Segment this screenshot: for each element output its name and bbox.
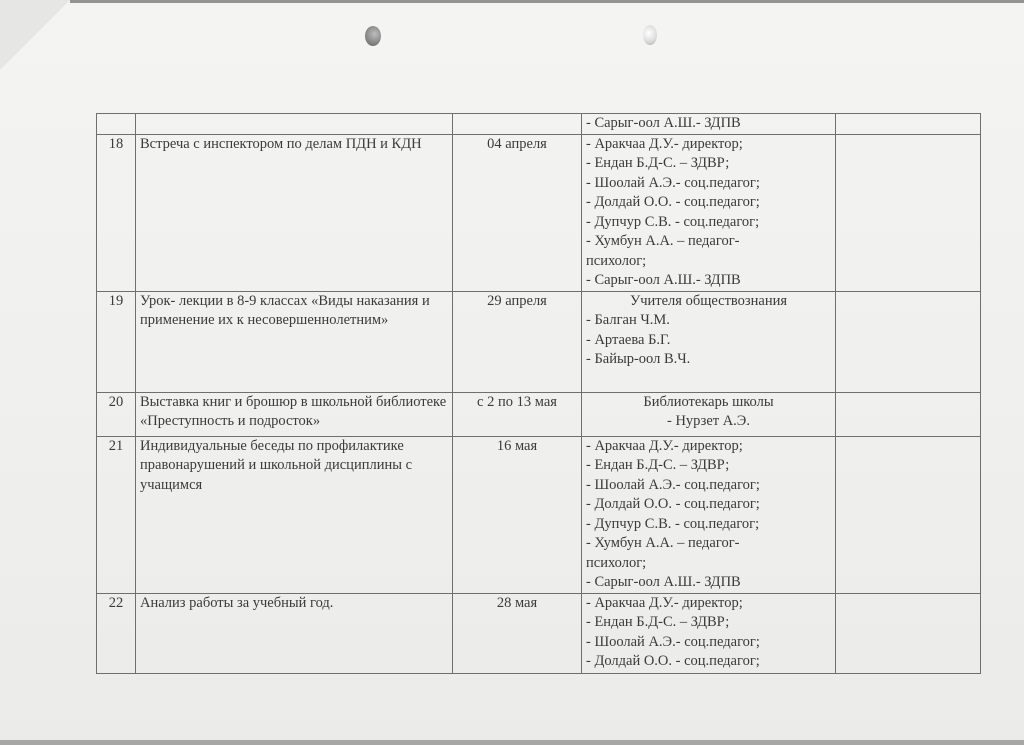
event-cell: Встреча с инспектором по делам ПДН и КДН	[136, 134, 453, 291]
responsible-person: - Нурзет А.Э.	[586, 412, 831, 432]
date-cell	[453, 114, 582, 135]
event-cell: Индивидуальные беседы по профилактике пр…	[136, 436, 453, 593]
punch-hole-right	[643, 25, 657, 45]
responsible-person: - Шоолай А.Э.- соц.педагог;	[586, 633, 831, 653]
responsible-cell: Учителя обществознания- Балган Ч.М.- Арт…	[582, 291, 836, 392]
table-row: 19 Урок- лекции в 8-9 классах «Виды нака…	[97, 291, 981, 392]
responsible-person: - Шоолай А.Э.- соц.педагог;	[586, 174, 831, 194]
table-row: 20 Выставка книг и брошюр в школьной биб…	[97, 392, 981, 436]
note-cell	[836, 436, 981, 593]
responsible-person: - Дупчур С.В. - соц.педагог;	[586, 515, 831, 535]
responsible-cell: Библиотекарь школы- Нурзет А.Э.	[582, 392, 836, 436]
responsible-person: - Сарыг-оол А.Ш.- ЗДПВ	[586, 271, 831, 291]
responsible-cell: - Сарыг-оол А.Ш.- ЗДПВ	[582, 114, 836, 135]
responsible-person: - Долдай О.О. - соц.педагог;	[586, 652, 831, 672]
date-cell: 29 апреля	[453, 291, 582, 392]
scan-edge-top	[70, 0, 1024, 3]
responsible-person: - Артаева Б.Г.	[586, 331, 831, 351]
note-cell	[836, 291, 981, 392]
punch-hole-left	[365, 26, 381, 46]
responsible-person: - Хумбун А.А. – педагог-	[586, 534, 831, 554]
date-cell: 28 мая	[453, 593, 582, 673]
table-row: 22 Анализ работы за учебный год. 28 мая …	[97, 593, 981, 673]
event-cell: Анализ работы за учебный год.	[136, 593, 453, 673]
date-cell: с 2 по 13 мая	[453, 392, 582, 436]
event-cell	[136, 114, 453, 135]
event-cell: Урок- лекции в 8-9 классах «Виды наказан…	[136, 291, 453, 392]
responsible-person: - Долдай О.О. - соц.педагог;	[586, 193, 831, 213]
responsible-person: - Сарыг-оол А.Ш.- ЗДПВ	[586, 114, 831, 134]
note-cell	[836, 134, 981, 291]
note-cell	[836, 114, 981, 135]
scan-edge-bottom	[0, 740, 1024, 745]
responsible-person: - Дупчур С.В. - соц.педагог;	[586, 213, 831, 233]
responsible-person: психолог;	[586, 252, 831, 272]
responsible-person: - Сарыг-оол А.Ш.- ЗДПВ	[586, 573, 831, 593]
note-cell	[836, 392, 981, 436]
row-number: 22	[97, 593, 136, 673]
responsible-person: - Аракчаа Д.У.- директор;	[586, 135, 831, 155]
row-number: 18	[97, 134, 136, 291]
table-row: 21 Индивидуальные беседы по профилактике…	[97, 436, 981, 593]
date-cell: 16 мая	[453, 436, 582, 593]
responsible-person: - Аракчаа Д.У.- директор;	[586, 437, 831, 457]
responsible-header: Библиотекарь школы	[586, 393, 831, 413]
plan-table: - Сарыг-оол А.Ш.- ЗДПВ 18 Встреча с инсп…	[96, 113, 981, 674]
responsible-person: - Хумбун А.А. – педагог-	[586, 232, 831, 252]
note-cell	[836, 593, 981, 673]
table-row: 18 Встреча с инспектором по делам ПДН и …	[97, 134, 981, 291]
responsible-cell: - Аракчаа Д.У.- директор;- Ендан Б.Д-С. …	[582, 134, 836, 291]
responsible-person: - Ендан Б.Д-С. – ЗДВР;	[586, 613, 831, 633]
responsible-header: Учителя обществознания	[586, 292, 831, 312]
responsible-cell: - Аракчаа Д.У.- директор;- Ендан Б.Д-С. …	[582, 593, 836, 673]
row-number: 21	[97, 436, 136, 593]
row-number: 20	[97, 392, 136, 436]
responsible-person: - Долдай О.О. - соц.педагог;	[586, 495, 831, 515]
responsible-person: - Балган Ч.М.	[586, 311, 831, 331]
responsible-cell: - Аракчаа Д.У.- директор;- Ендан Б.Д-С. …	[582, 436, 836, 593]
event-cell: Выставка книг и брошюр в школьной библио…	[136, 392, 453, 436]
page-fold-corner	[0, 0, 70, 70]
row-number	[97, 114, 136, 135]
scanned-page: - Сарыг-оол А.Ш.- ЗДПВ 18 Встреча с инсп…	[0, 0, 1024, 745]
responsible-person: - Ендан Б.Д-С. – ЗДВР;	[586, 456, 831, 476]
table-row: - Сарыг-оол А.Ш.- ЗДПВ	[97, 114, 981, 135]
responsible-person: - Шоолай А.Э.- соц.педагог;	[586, 476, 831, 496]
responsible-person: - Ендан Б.Д-С. – ЗДВР;	[586, 154, 831, 174]
responsible-person: - Аракчаа Д.У.- директор;	[586, 594, 831, 614]
responsible-person: психолог;	[586, 554, 831, 574]
row-number: 19	[97, 291, 136, 392]
responsible-person: - Байыр-оол В.Ч.	[586, 350, 831, 370]
date-cell: 04 апреля	[453, 134, 582, 291]
